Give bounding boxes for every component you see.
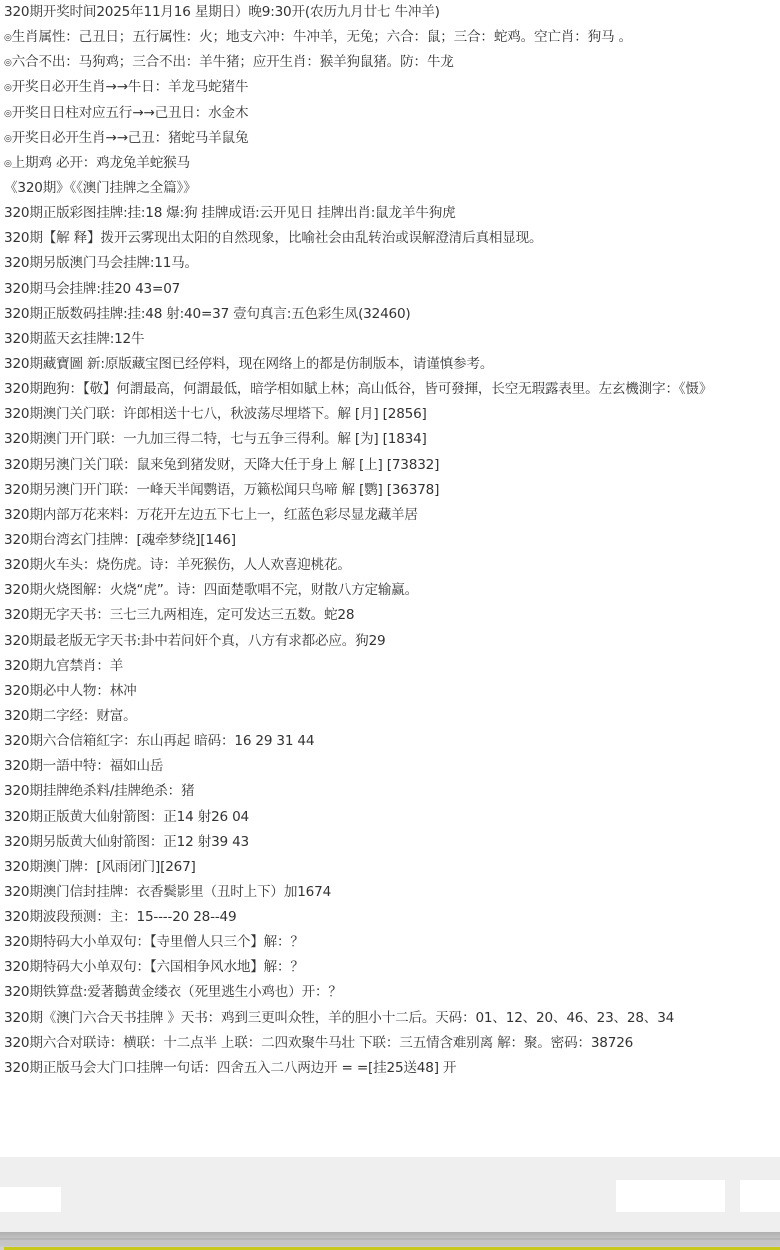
bullet-circle-icon: ◎ — [4, 102, 12, 127]
article-line: 320期跑狗：【敬】何謂最高，何謂最低，暗学相如賦上林；高山低谷，皆可發揮，长空… — [4, 377, 780, 402]
article-line: 320期六合信箱紅字：东山再起 暗码：16 29 31 44 — [4, 729, 780, 754]
article-line-text: 320期火车头：烧伤虎。诗：羊死猴伤，人人欢喜迎桃花。 — [4, 557, 351, 573]
article-line: 320期澳门信封挂牌：衣香鬓影里（丑时上下）加1674 — [4, 880, 780, 905]
article-line: ◎六合不出：马狗鸡；三合不出：羊牛猪；应开生肖：猴羊狗鼠猪。防：牛龙 — [4, 50, 780, 75]
article-line-text: 320期九宫禁肖：羊 — [4, 658, 123, 674]
article-line-text: 320期无字天书：三七三九两相连，定可发达三五数。蛇28 — [4, 607, 354, 623]
article-line: 320期正版黄大仙射箭图：正14 射26 04 — [4, 805, 780, 830]
article-line: 320期另版黄大仙射箭图：正12 射39 43 — [4, 830, 780, 855]
article-line-text: 320期另版澳门马会挂牌:11马。 — [4, 255, 198, 271]
article-line-text: 320期藏寶圖 新:原版藏宝图已经停料，现在网络上的都是仿制版本，请谨慎参考。 — [4, 356, 493, 372]
article-line: 320期波段预测：主：15----20 28--49 — [4, 905, 780, 930]
article-line: 320期另澳门关门联：鼠来兔到猪发财，天降大任于身上 解 [上] [73832] — [4, 453, 780, 478]
article-line: 320期【解 释】拨开云雾现出太阳的自然现象，比喻社会由乱转治或误解澄清后真相显… — [4, 226, 780, 251]
article-line: ◎开奖日必开生肖→→己丑：猪蛇马羊鼠兔 — [4, 126, 780, 151]
article-line: 320期特码大小单双句：【六国相争风水地】解：？ — [4, 955, 780, 980]
article-line: 320期《澳门六合天书挂牌 》天书：鸡到三更叫众牲，羊的胆小十二后。天码：01、… — [4, 1006, 780, 1031]
footer-left-button[interactable] — [0, 1187, 61, 1212]
article-line: 320期马会挂牌:挂20 43=07 — [4, 277, 780, 302]
article-line: 320期蓝天玄挂牌:12牛 — [4, 327, 780, 352]
article-line: ◎生肖属性：己丑日；五行属性：火；地支六冲：牛冲羊，无兔；六合：鼠；三合：蛇鸡。… — [4, 25, 780, 50]
article-line: 320期铁算盘:爱著鵝黄金缕衣（死里逃生小鸡也）开：？ — [4, 980, 780, 1005]
footer-bar — [0, 1157, 780, 1232]
article-line-text: 生肖属性：己丑日；五行属性：火；地支六冲：牛冲羊，无兔；六合：鼠；三合：蛇鸡。空… — [12, 29, 632, 45]
article-line-text: 320期马会挂牌:挂20 43=07 — [4, 281, 180, 297]
article-line-text: 320期澳门信封挂牌：衣香鬓影里（丑时上下）加1674 — [4, 884, 331, 900]
article-line-text: 320期蓝天玄挂牌:12牛 — [4, 331, 144, 347]
article-line-text: 320期一語中特：福如山岳 — [4, 758, 163, 774]
article-line: 320期正版马会大门口挂牌一句话：四舍五入二八两边开 = =[挂25送48] 开 — [4, 1056, 780, 1081]
article-line-text: 320期澳门牌：[风雨闭门][267] — [4, 859, 196, 875]
article-line: 320期澳门牌：[风雨闭门][267] — [4, 855, 780, 880]
article-line-text: 320期澳门开门联：一九加三得二特，七与五争三得利。解 [为] [1834] — [4, 431, 427, 447]
article-line: 320期最老版无字天书:卦中若问奸个真，八方有求都必应。狗29 — [4, 629, 780, 654]
article-line-text: 320期另澳门开门联：一峰天半闻鹦语，万籁松闻只鸟啼 解 [鹦] [36378] — [4, 482, 439, 498]
article-line-text: 320期二字经：财富。 — [4, 708, 137, 724]
article-line-text: 320期正版数码挂牌:挂:48 射:40=37 壹句真言:五色彩生凤(32460… — [4, 306, 411, 322]
article-line-text: 320期开奖时间2025年11月16 星期日）晚9:30开(农历九月廿七 牛冲羊… — [4, 4, 440, 20]
article-line-text: 320期必中人物：林冲 — [4, 683, 137, 699]
article-line: 320期另版澳门马会挂牌:11马。 — [4, 251, 780, 276]
article-line-text: 上期鸡 必开：鸡龙兔羊蛇猴马 — [12, 155, 190, 171]
article-line: 320期一語中特：福如山岳 — [4, 754, 780, 779]
article-line: ◎开奖日必开生肖→→牛日：羊龙马蛇猪牛 — [4, 75, 780, 100]
article-line: 320期六合对联诗：横联：十二点半 上联：二四欢聚牛马壮 下联：三五情含难别离 … — [4, 1031, 780, 1056]
article-line: 320期必中人物：林冲 — [4, 679, 780, 704]
article-line: 320期挂牌绝杀料/挂牌绝杀：猪 — [4, 779, 780, 804]
article-line-text: 320期最老版无字天书:卦中若问奸个真，八方有求都必应。狗29 — [4, 633, 385, 649]
article-line-text: 六合不出：马狗鸡；三合不出：羊牛猪；应开生肖：猴羊狗鼠猪。防：牛龙 — [12, 54, 454, 70]
article-line: 320期特码大小单双句：【寺里僧人只三个】解：？ — [4, 930, 780, 955]
article-line: 320期火烧图解：火烧“虎”。诗：四面楚歌唱不完，财散八方定输赢。 — [4, 578, 780, 603]
article-line: 320期内部万花来料：万花开左边五下七上一，红蓝色彩尽显龙藏羊居 — [4, 503, 780, 528]
article-line: ◎开奖日日柱对应五行→→己丑日：水金木 — [4, 101, 780, 126]
article-line: 320期火车头：烧伤虎。诗：羊死猴伤，人人欢喜迎桃花。 — [4, 553, 780, 578]
article-line-text: 320期《澳门六合天书挂牌 》天书：鸡到三更叫众牲，羊的胆小十二后。天码：01、… — [4, 1010, 674, 1026]
article-line: 320期开奖时间2025年11月16 星期日）晚9:30开(农历九月廿七 牛冲羊… — [4, 0, 780, 25]
article-line: 320期另澳门开门联：一峰天半闻鹦语，万籁松闻只鸟啼 解 [鹦] [36378] — [4, 478, 780, 503]
bullet-circle-icon: ◎ — [4, 127, 12, 152]
article-line: 320期澳门关门联：许郎相送十七八，秋波荡尽埋塔下。解 [月] [2856] — [4, 402, 780, 427]
article-line-text: 开奖日必开生肖→→己丑：猪蛇马羊鼠兔 — [12, 130, 249, 146]
article-line: 320期澳门开门联：一九加三得二特，七与五争三得利。解 [为] [1834] — [4, 427, 780, 452]
article-line-text: 320期【解 释】拨开云雾现出太阳的自然现象，比喻社会由乱转治或误解澄清后真相显… — [4, 230, 542, 246]
article-line-text: 320期内部万花来料：万花开左边五下七上一，红蓝色彩尽显龙藏羊居 — [4, 507, 418, 523]
article-content: 320期开奖时间2025年11月16 星期日）晚9:30开(农历九月廿七 牛冲羊… — [4, 0, 780, 1081]
article-line-text: 320期台湾玄门挂牌：[魂牵梦绕][146] — [4, 532, 236, 548]
article-line-text: 320期跑狗：【敬】何謂最高，何謂最低，暗学相如賦上林；高山低谷，皆可發揮，长空… — [4, 381, 712, 397]
bottom-scroll-strip — [0, 1232, 780, 1250]
article-line-text: 开奖日日柱对应五行→→己丑日：水金木 — [12, 105, 249, 121]
bullet-circle-icon: ◎ — [4, 152, 12, 177]
article-line-text: 320期六合信箱紅字：东山再起 暗码：16 29 31 44 — [4, 733, 314, 749]
article-line-text: 320期正版彩图挂牌:挂:18 爆:狗 挂牌成语:云开见日 挂牌出肖:鼠龙羊牛狗… — [4, 205, 456, 221]
article-line-text: 320期火烧图解：火烧“虎”。诗：四面楚歌唱不完，财散八方定输赢。 — [4, 582, 418, 598]
article-line-text: 320期波段预测：主：15----20 28--49 — [4, 909, 236, 925]
article-line-text: 320期正版马会大门口挂牌一句话：四舍五入二八两边开 = =[挂25送48] 开 — [4, 1060, 456, 1076]
article-line-text: 320期澳门关门联：许郎相送十七八，秋波荡尽埋塔下。解 [月] [2856] — [4, 406, 427, 422]
footer-right-button-1[interactable] — [616, 1180, 725, 1212]
article-line-text: 320期特码大小单双句：【寺里僧人只三个】解：？ — [4, 934, 304, 950]
article-line: 320期正版彩图挂牌:挂:18 爆:狗 挂牌成语:云开见日 挂牌出肖:鼠龙羊牛狗… — [4, 201, 780, 226]
article-line-text: 320期铁算盘:爱著鵝黄金缕衣（死里逃生小鸡也）开：？ — [4, 984, 342, 1000]
bullet-circle-icon: ◎ — [4, 76, 12, 101]
article-line-text: 320期另澳门关门联：鼠来兔到猪发财，天降大任于身上 解 [上] [73832] — [4, 457, 439, 473]
article-line: 320期九宫禁肖：羊 — [4, 654, 780, 679]
bullet-circle-icon: ◎ — [4, 51, 12, 76]
bullet-circle-icon: ◎ — [4, 26, 12, 51]
article-line-text: 《320期》《《澳门挂牌之全篇》》 — [4, 180, 196, 196]
article-line: 320期二字经：财富。 — [4, 704, 780, 729]
article-line-text: 320期特码大小单双句：【六国相争风水地】解：？ — [4, 959, 304, 975]
article-line: 320期正版数码挂牌:挂:48 射:40=37 壹句真言:五色彩生凤(32460… — [4, 302, 780, 327]
article-line: 320期台湾玄门挂牌：[魂牵梦绕][146] — [4, 528, 780, 553]
article-line: 320期藏寶圖 新:原版藏宝图已经停料，现在网络上的都是仿制版本，请谨慎参考。 — [4, 352, 780, 377]
article-line-text: 开奖日必开生肖→→牛日：羊龙马蛇猪牛 — [12, 79, 249, 95]
article-line-text: 320期正版黄大仙射箭图：正14 射26 04 — [4, 809, 249, 825]
article-line-text: 320期挂牌绝杀料/挂牌绝杀：猪 — [4, 783, 194, 799]
article-line: ◎上期鸡 必开：鸡龙兔羊蛇猴马 — [4, 151, 780, 176]
article-line-text: 320期另版黄大仙射箭图：正12 射39 43 — [4, 834, 249, 850]
article-line: 320期无字天书：三七三九两相连，定可发达三五数。蛇28 — [4, 603, 780, 628]
footer-right-button-2[interactable] — [740, 1180, 780, 1212]
article-line: 《320期》《《澳门挂牌之全篇》》 — [4, 176, 780, 201]
article-line-text: 320期六合对联诗：横联：十二点半 上联：二四欢聚牛马壮 下联：三五情含难别离 … — [4, 1035, 633, 1051]
